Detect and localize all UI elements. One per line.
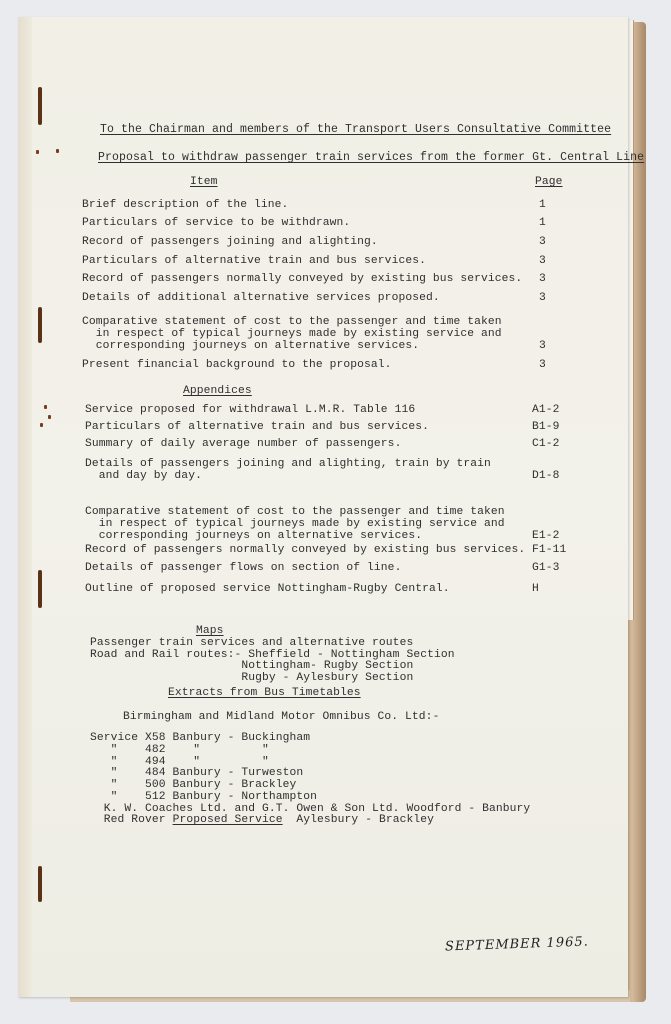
entry-text: Record of passengers joining and alighti… xyxy=(82,236,378,249)
proposed-service-label: Proposed Service xyxy=(173,814,283,826)
entry-text: Details of additional alternative servic… xyxy=(82,292,440,305)
entry-text: corresponding journeys on alternative se… xyxy=(85,530,422,543)
entry-page-number: 1 xyxy=(539,199,546,212)
document-page: To the Chairman and members of the Trans… xyxy=(18,17,628,997)
entry-page-number: H xyxy=(532,583,539,596)
entry-page-number: 3 xyxy=(539,236,546,249)
entry-text: Outline of proposed service Nottingham-R… xyxy=(85,583,450,596)
entry-page-number: A1-2 xyxy=(532,404,560,417)
entry-text: Particulars of alternative train and bus… xyxy=(85,421,429,434)
entry-page-number: 3 xyxy=(539,292,546,305)
appendices-heading: Appendices xyxy=(183,385,252,398)
maps-line: Rugby - Aylesbury Section xyxy=(90,672,413,685)
bus-extracts-heading: Extracts from Bus Timetables xyxy=(168,687,361,700)
entry-text: Particulars of service to be withdrawn. xyxy=(82,217,350,230)
entry-text: Present financial background to the prop… xyxy=(82,359,392,372)
entry-text: Record of passengers normally conveyed b… xyxy=(85,544,525,557)
entry-page-number: 3 xyxy=(539,359,546,372)
entry-text: Details of passenger flows on section of… xyxy=(85,562,401,575)
entry-page-number: G1-3 xyxy=(532,562,560,575)
entry-page-number: B1-9 xyxy=(532,421,560,434)
bus-operator: Birmingham and Midland Motor Omnibus Co.… xyxy=(123,711,439,724)
entry-page-number: E1-2 xyxy=(532,530,560,543)
red-rover-line: Red Rover Proposed Service Aylesbury - B… xyxy=(90,814,434,827)
entry-text: Record of passengers normally conveyed b… xyxy=(82,273,522,286)
item-column-header: Item xyxy=(190,176,218,189)
addressee-heading: To the Chairman and members of the Trans… xyxy=(100,123,611,136)
entry-text: corresponding journeys on alternative se… xyxy=(82,340,419,353)
entry-text: and day by day. xyxy=(85,470,202,483)
entry-page-number: F1-11 xyxy=(532,544,566,557)
document-content: To the Chairman and members of the Trans… xyxy=(18,17,628,997)
entry-page-number: 3 xyxy=(539,255,546,268)
entry-page-number: 1 xyxy=(539,217,546,230)
entry-page-number: C1-2 xyxy=(532,438,560,451)
entry-text: Particulars of alternative train and bus… xyxy=(82,255,426,268)
entry-text: Service proposed for withdrawal L.M.R. T… xyxy=(85,404,415,417)
entry-text: Summary of daily average number of passe… xyxy=(85,438,401,451)
proposal-title: Proposal to withdraw passenger train ser… xyxy=(98,151,644,164)
entry-text: Brief description of the line. xyxy=(82,199,288,212)
entry-page-number: D1-8 xyxy=(532,470,560,483)
entry-page-number: 3 xyxy=(539,273,546,286)
entry-page-number: 3 xyxy=(539,340,546,353)
page-column-header: Page xyxy=(535,176,563,189)
